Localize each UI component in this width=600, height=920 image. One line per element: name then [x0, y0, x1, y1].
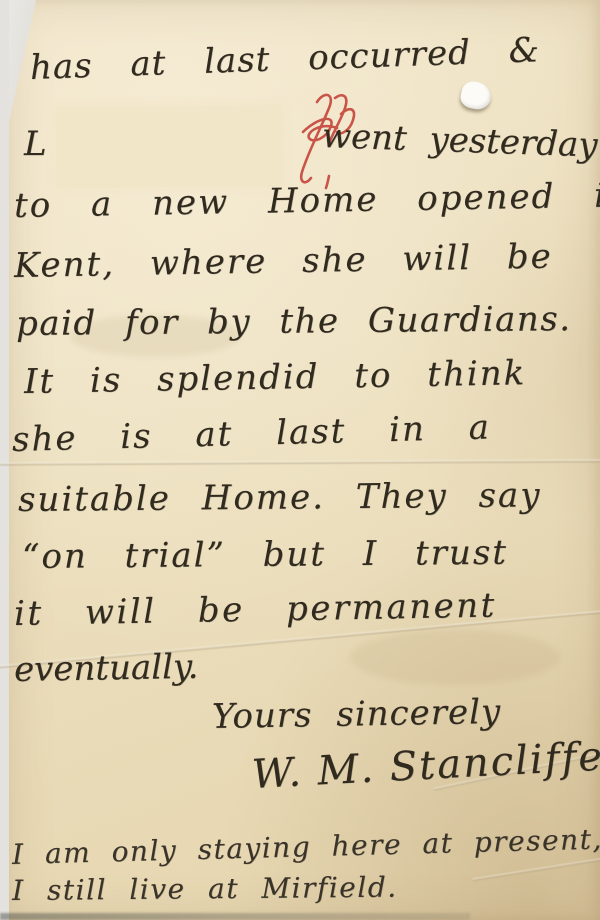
- letter-line: it will be permanent: [14, 586, 497, 634]
- closing-line: Yours sincerely: [212, 692, 502, 737]
- letter-line: suitable Home. They say: [18, 475, 542, 520]
- redacted-name-patch: [56, 105, 284, 188]
- postscript-line: I still live at Mirfield.: [12, 871, 398, 907]
- letter-line: paid for by the Guardians.: [16, 299, 572, 344]
- letter-line: L: [24, 124, 47, 164]
- scan-edge-shadow: [0, 913, 470, 920]
- letter-line: eventually.: [14, 647, 199, 690]
- letter-scan: has at last occurred & L went yesterday …: [0, 0, 600, 920]
- letter-line: “on trial” but I trust: [22, 533, 508, 577]
